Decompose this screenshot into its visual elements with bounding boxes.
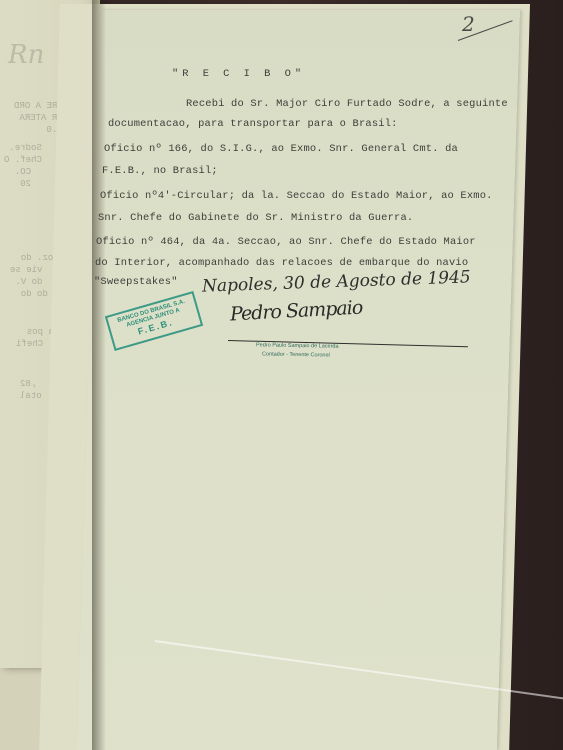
body-line: Snr. Chefe do Gabinete do Sr. Ministro d…	[98, 212, 413, 224]
body-line: Oficio nº4'-Circular; da la. Seccao do E…	[100, 190, 493, 202]
body-line: F.E.B., no Brasil;	[102, 165, 218, 177]
document-title: "R E C I B O"	[172, 68, 305, 80]
signer-title: Contador - Tenente Coronel	[262, 351, 330, 358]
body-line: "Sweepstakes"	[94, 276, 178, 288]
body-line: do Interior, acompanhado das relacoes de…	[95, 257, 468, 269]
bleed-through-text: oz. do vie se do V. do do	[10, 252, 53, 300]
handwritten-place-date: Napoles, 30 de Agosto de 1945	[202, 267, 471, 296]
page-number: 2	[462, 12, 475, 36]
body-line: Oficio nº 464, da 4a. Seccao, ao Snr. Ch…	[96, 236, 476, 248]
document-content: 2 "R E C I B O" Recebi do Sr. Major Ciro…	[100, 10, 520, 750]
bleed-through-text: a pos Chefi	[16, 326, 54, 350]
bank-stamp: BANCO DO BRASIL S.A. AGENCIA JUNTO A F.E…	[105, 291, 203, 351]
paper-crease	[155, 640, 563, 700]
body-line: Oficio nº 166, do S.I.G., ao Exmo. Snr. …	[104, 143, 458, 155]
bleed-through-script: Rn	[8, 40, 44, 70]
signer-name: Pedro Paulo Sampaio de Lacerda	[256, 342, 339, 349]
body-line: Recebi do Sr. Major Ciro Furtado Sodre, …	[186, 98, 508, 110]
signature: Pedro Sampaio	[230, 297, 363, 326]
bleed-through-text: ,82 otal	[20, 366, 47, 402]
bleed-through-text: Sodre. Chef. O CO. 20	[4, 142, 42, 190]
body-line: documentacao, para transportar para o Br…	[108, 118, 398, 130]
